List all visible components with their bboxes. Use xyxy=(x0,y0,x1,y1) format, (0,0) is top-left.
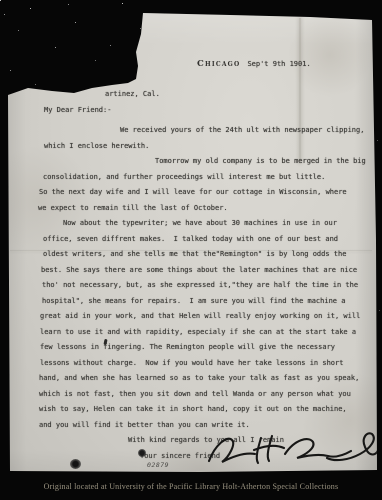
salutation: My Dear Friend:- xyxy=(44,106,111,114)
body-line: great aid in your work, and that Helen w… xyxy=(38,309,376,325)
archive-caption: Original located at University of the Pa… xyxy=(0,482,382,491)
body-line: lessons without charge. Now if you would… xyxy=(38,356,376,372)
letter-paper: Chicago Sep't 9th 1901. artinez, Cal. My… xyxy=(0,0,382,500)
date-line: Chicago Sep't 9th 1901. xyxy=(197,59,311,69)
letterhead-city: Chicago xyxy=(197,59,240,69)
body-line: wish to say, Helen can take it in short … xyxy=(38,402,376,418)
dust-specks xyxy=(0,0,1,1)
letter-date: Sep't 9th 1901. xyxy=(247,60,310,68)
body-line: tho' not necessary, but, as she expresse… xyxy=(38,278,376,294)
ink-blot-small xyxy=(138,449,146,457)
letter-body: We received yours of the 24th ult with n… xyxy=(38,123,376,464)
body-line: hand, and when she has learned so as to … xyxy=(38,371,376,387)
body-line: oldest writers, and she tells me that th… xyxy=(38,247,376,263)
body-line: we expect to remain till the last of Oct… xyxy=(38,201,376,217)
body-line: consolidation, and further proceedings w… xyxy=(38,170,376,186)
body-line: office, seven diffrent makes. I talked t… xyxy=(38,232,376,248)
archive-photo: Chicago Sep't 9th 1901. artinez, Cal. My… xyxy=(0,0,382,500)
body-line: which I enclose herewith. xyxy=(38,139,376,155)
body-line: few lessons in fingering. The Remington … xyxy=(38,340,376,356)
body-line: best. She says there are some things abo… xyxy=(38,263,376,279)
place-line: artinez, Cal. xyxy=(105,90,160,98)
handwritten-signature xyxy=(203,429,381,475)
body-line: learn to use it and with rapidity, espec… xyxy=(38,325,376,341)
body-line: We received yours of the 24th ult with n… xyxy=(38,123,376,139)
ink-blot xyxy=(70,459,81,469)
body-line: which is not fast, then you sit down and… xyxy=(38,387,376,403)
body-line: hospital", she means for repairs. I am s… xyxy=(38,294,376,310)
body-line: Now about the typewriter; we have about … xyxy=(38,216,376,232)
body-line: Tomorrow my old company is to be merged … xyxy=(38,154,376,170)
archive-number: 02879 xyxy=(147,461,169,469)
body-line: So the next day wife and I will leave fo… xyxy=(38,185,376,201)
